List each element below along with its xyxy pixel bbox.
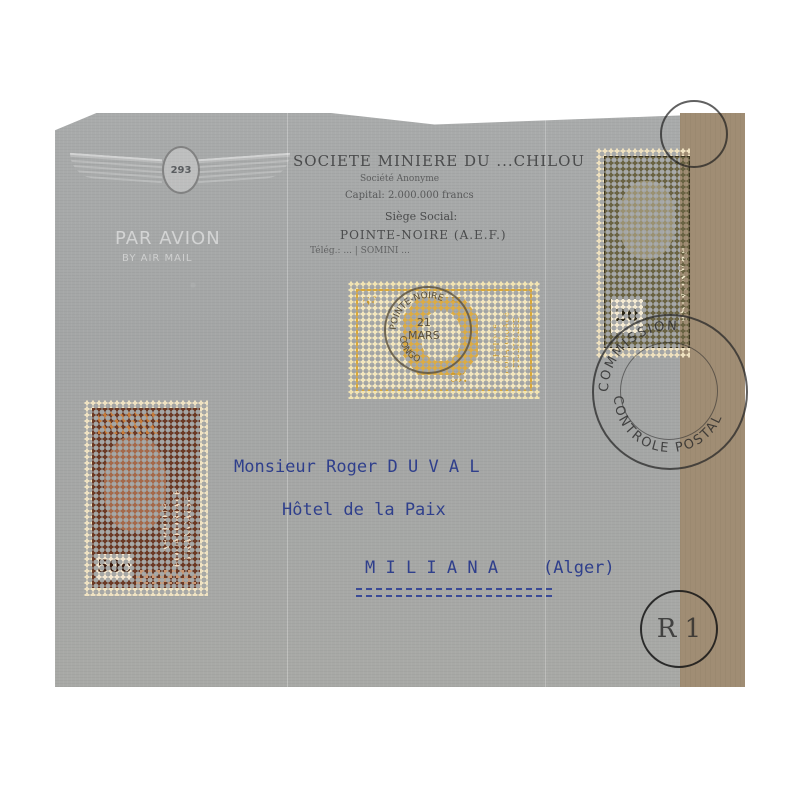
- letterhead-capital: Capital: 2.000.000 francs: [345, 190, 474, 201]
- registry-postmark: R 1: [640, 590, 718, 668]
- stamp-value: 5f.: [450, 371, 467, 385]
- brown-50c-stamp: AFRIQUE EQUATORIALE FRANCAISE 50c: [84, 400, 208, 596]
- registry-text: R 1: [657, 614, 701, 644]
- airmail-badge: 293: [162, 146, 200, 194]
- partial-postmark: [660, 100, 728, 168]
- svg-text:COMMISSION: COMMISSION: [597, 319, 679, 393]
- left-wing-icon: [70, 153, 162, 183]
- stamp-value: 50c: [96, 554, 132, 580]
- letterhead-company: SOCIETE MINIERE DU ...CHILOU: [293, 152, 585, 170]
- stamp-country-text: AFRIQUE EQUATORIALE FRANCAISE: [492, 297, 526, 389]
- address-city: M I L I A N A: [365, 558, 498, 578]
- stamp-frame: AFRIQUE EQUATORIALE FRANCAISE 50c: [92, 408, 200, 588]
- fold-line: [287, 113, 288, 687]
- letterhead-siege: Siège Social:: [385, 210, 457, 223]
- checker-pattern: [136, 570, 196, 584]
- date-postmark: 21 MARS POINTE-NOIRE CONGO: [384, 286, 472, 374]
- address-hotel: Hôtel de la Paix: [282, 500, 446, 520]
- censor-arc-text: COMMISSION CONTROLE POSTAL: [594, 316, 746, 468]
- fold-line: [545, 113, 546, 687]
- portrait: [104, 436, 166, 531]
- par-avion-label: PAR AVION: [115, 228, 221, 249]
- city-underline: [356, 588, 552, 597]
- svg-text:CONTROLE POSTAL: CONTROLE POSTAL: [610, 395, 726, 456]
- by-air-mail-label: BY AIR MAIL: [122, 253, 193, 264]
- address-region: (Alger): [543, 558, 615, 578]
- portrait: [619, 181, 675, 259]
- svg-text:POINTE-NOIRE: POINTE-NOIRE: [389, 291, 445, 330]
- airmail-wings-logo: 293: [70, 148, 290, 198]
- right-wing-icon: [198, 153, 290, 183]
- leaf-pattern: [98, 412, 158, 434]
- svg-text:CONGO: CONGO: [397, 335, 422, 365]
- stamp-value: 5f.: [362, 295, 379, 309]
- address-recipient: Monsieur Roger D U V A L: [234, 457, 480, 477]
- letterhead-city: POINTE-NOIRE (A.E.F.): [340, 228, 507, 242]
- postmark-arc-text: POINTE-NOIRE CONGO: [386, 288, 470, 372]
- letterhead-line2: Société Anonyme: [360, 174, 439, 184]
- stamp-country-text: AFRIQUE EQUATORIALE FRANCAISE: [161, 478, 194, 578]
- censor-postmark: COMMISSION CONTROLE POSTAL: [592, 314, 748, 470]
- letterhead-telegraph: Télég.: ... | SOMINI ...: [310, 246, 410, 256]
